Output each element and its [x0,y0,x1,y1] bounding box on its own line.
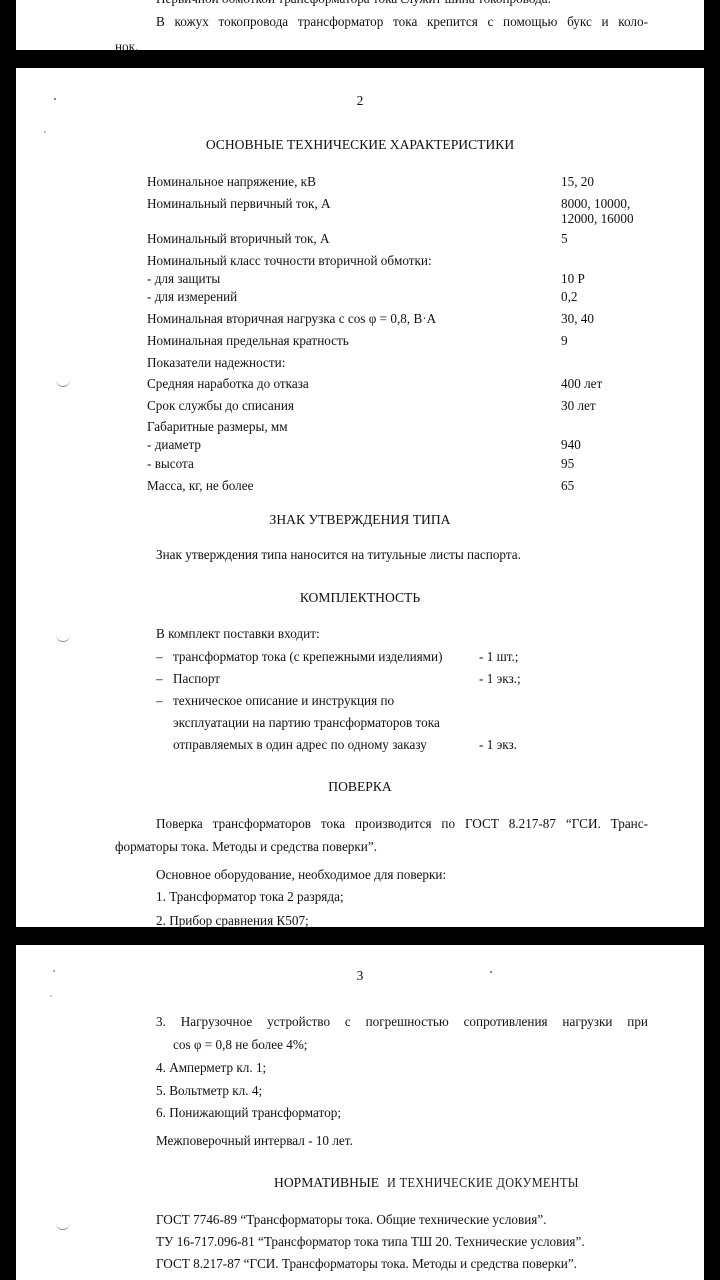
spec-value: 12000, 16000 [561,211,634,227]
kit-item-text: Паспорт [173,671,220,687]
spec-value: 65 [561,478,574,494]
section-title-docs: НОРМАТИВНЫЕ И ТЕХНИЧЕСКИЕ ДОКУМЕНТЫ [274,1175,601,1191]
paragraph-line: нок. [115,39,138,50]
spec-label: - высота [147,456,194,472]
equipment-item: 2. Прибор сравнения К507; [156,913,309,927]
page-number: 3 [16,968,704,984]
kit-item-quantity: - 1 экз.; [479,671,521,687]
spec-label: Срок службы до списания [147,398,294,414]
scan-speck [50,995,52,997]
scan-speck [44,131,46,133]
section-title-verification: ПОВЕРКА [16,779,704,795]
verification-interval: Межповерочный интервал - 10 лет. [156,1133,353,1149]
section-title-docs-part1: НОРМАТИВНЫЕ [274,1175,379,1190]
spec-label: Номинальный класс точности вторичной обм… [147,253,432,269]
binding-hole-mark [56,634,70,642]
spec-value: 30, 40 [561,311,594,327]
reference-document: ГОСТ 7746-89 “Трансформаторы тока. Общие… [156,1212,547,1228]
spec-label: - диаметр [147,437,201,453]
cut-text-line: Первичной обмоткой трансформатора тока с… [156,0,551,7]
reference-document: ТУ 16-717.096-81 “Трансформатор тока тип… [156,1234,585,1250]
list-dash: – [156,693,163,709]
document-page-3: 3 3. Нагрузочное устройство с погрешност… [16,945,704,1280]
kit-item-quantity: - 1 шт.; [479,649,518,665]
spec-label: Номинальное напряжение, кВ [147,174,316,190]
spec-value: 95 [561,456,574,472]
document-page-2: 2 ОСНОВНЫЕ ТЕХНИЧЕСКИЕ ХАРАКТЕРИСТИКИ Но… [16,68,704,927]
spec-value: 8000, 10000, [561,196,630,212]
spec-value: 0,2 [561,289,577,305]
reference-document: ГОСТ 8.217-87 “ГСИ. Трансформаторы тока.… [156,1256,577,1272]
equipment-item: 6. Понижающий трансформатор; [156,1105,341,1121]
verification-text-line: Поверка трансформаторов тока производитс… [156,816,648,832]
list-dash: – [156,649,163,665]
equipment-item: 3. Нагрузочное устройство с погрешностью… [156,1014,648,1030]
type-mark-text: Знак утверждения типа наносится на титул… [156,547,521,563]
binding-hole-mark [56,1222,70,1230]
spec-value: 5 [561,231,568,247]
section-title-type-mark: ЗНАК УТВЕРЖДЕНИЯ ТИПА [16,512,704,528]
section-title-kit: КОМПЛЕКТНОСТЬ [16,590,704,606]
spec-label: Средняя наработка до отказа [147,376,309,392]
spec-label: Номинальный первичный ток, А [147,196,331,212]
page-number: 2 [16,93,704,109]
spec-label: Показатели надежности: [147,355,285,371]
spec-label: Номинальная предельная кратность [147,333,349,349]
spec-label: Масса, кг, не более [147,478,253,494]
document-page-1: Первичной обмоткой трансформатора тока с… [16,0,704,50]
spec-value: 9 [561,333,568,349]
section-title-docs-part2: И ТЕХНИЧЕСКИЕ ДОКУМЕНТЫ [387,1175,579,1191]
kit-item-text: трансформатор тока (с крепежными изделия… [173,649,442,665]
kit-item-quantity: - 1 экз. [479,737,517,753]
kit-item-text: эксплуатации на партию трансформаторов т… [173,715,440,731]
section-title-specs: ОСНОВНЫЕ ТЕХНИЧЕСКИЕ ХАРАКТЕРИСТИКИ [16,137,704,153]
spec-label: - для защиты [147,271,220,287]
spec-label: - для измерений [147,289,237,305]
spec-value: 15, 20 [561,174,594,190]
equipment-item-continuation: cos φ = 0,8 не более 4%; [173,1037,307,1053]
spec-value: 400 лет [561,376,602,392]
spec-value: 30 лет [561,398,596,414]
spec-value: 10 Р [561,271,585,287]
spec-value: 940 [561,437,581,453]
equipment-item: 4. Амперметр кл. 1; [156,1060,266,1076]
kit-item-text: техническое описание и инструкция по [173,693,394,709]
list-dash: – [156,671,163,687]
spec-label: Номинальный вторичный ток, А [147,231,330,247]
kit-item-text: отправляемых в один адрес по одному зака… [173,737,427,753]
kit-intro: В комплект поставки входит: [156,626,320,642]
binding-hole-mark [56,379,70,387]
spec-label: Номинальная вторичная нагрузка с cos φ =… [147,311,436,327]
verification-text-line: форматоры тока. Методы и средства поверк… [115,839,377,855]
equipment-intro: Основное оборудование, необходимое для п… [156,867,446,883]
spec-label: Габаритные размеры, мм [147,419,288,435]
paragraph-line: В кожух токопровода трансформатор тока к… [156,14,648,30]
equipment-item: 1. Трансформатор тока 2 разряда; [156,889,344,905]
equipment-item: 5. Вольтметр кл. 4; [156,1083,262,1099]
